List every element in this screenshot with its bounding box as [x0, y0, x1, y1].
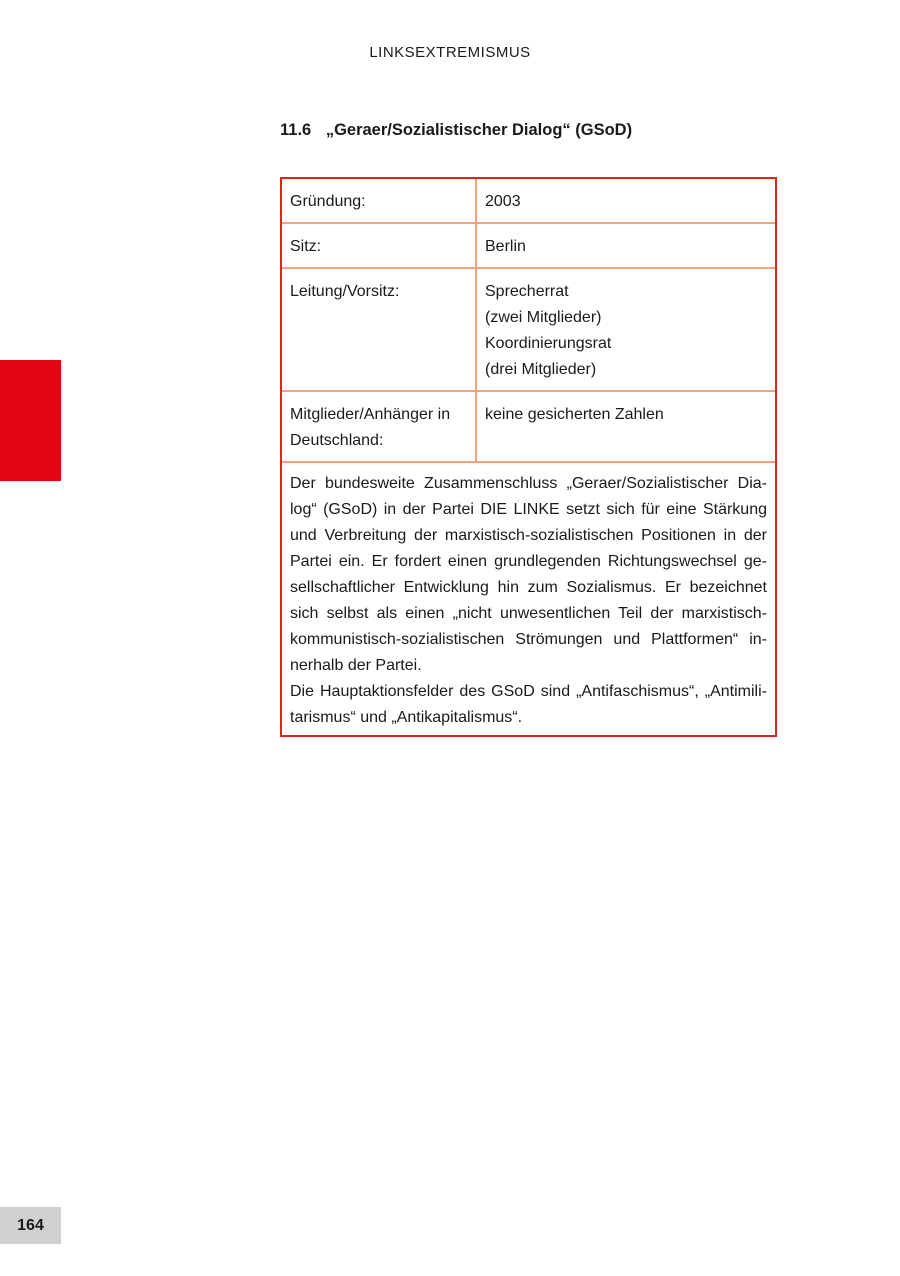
fact-row-founding: Gründung: 2003	[282, 179, 775, 224]
fact-label: Sitz:	[282, 224, 477, 267]
fact-label: Mitglieder/Anhänger in Deutschland:	[282, 392, 477, 461]
fact-label: Gründung:	[282, 179, 477, 222]
fact-value: Berlin	[477, 224, 775, 267]
fact-value-line: (zwei Mitglieder)	[485, 305, 767, 331]
description-paragraph: Die Hauptaktionsfelder des GSoD sind „An…	[290, 679, 767, 731]
fact-row-leadership: Leitung/Vorsitz: Sprecherrat (zwei Mitgl…	[282, 269, 775, 392]
fact-value-line: Berlin	[485, 234, 767, 260]
fact-value: 2003	[477, 179, 775, 222]
fact-value-line: Koordinierungsrat	[485, 331, 767, 357]
fact-value-line: Sprecherrat	[485, 279, 767, 305]
fact-value: keine gesicherten Zahlen	[477, 392, 775, 461]
fact-value: Sprecherrat (zwei Mitglieder) Koordinier…	[477, 269, 775, 390]
fact-value-line: keine gesicherten Zahlen	[485, 402, 767, 428]
chapter-marker-tab	[0, 360, 61, 481]
fact-value-line: (drei Mitglieder)	[485, 357, 767, 383]
running-head: LINKSEXTREMISMUS	[0, 44, 900, 61]
fact-row-seat: Sitz: Berlin	[282, 224, 775, 269]
fact-box: Gründung: 2003 Sitz: Berlin Leitung/Vors…	[280, 177, 777, 737]
section-number: 11.6	[280, 121, 311, 139]
section-title-text: „Geraer/Sozialistischer Dialog“ (GSoD)	[326, 121, 632, 139]
fact-value-line: 2003	[485, 189, 767, 215]
fact-row-members: Mitglieder/Anhänger in Deutschland: kein…	[282, 392, 775, 463]
fact-box-description: Der bundesweite Zusammenschluss „Geraer/…	[282, 463, 775, 735]
fact-label: Leitung/Vorsitz:	[282, 269, 477, 390]
page-number: 164	[0, 1207, 61, 1244]
section-heading: 11.6 „Geraer/Sozialistischer Dialog“ (GS…	[280, 121, 632, 140]
description-paragraph: Der bundesweite Zusammenschluss „Geraer/…	[290, 471, 767, 679]
